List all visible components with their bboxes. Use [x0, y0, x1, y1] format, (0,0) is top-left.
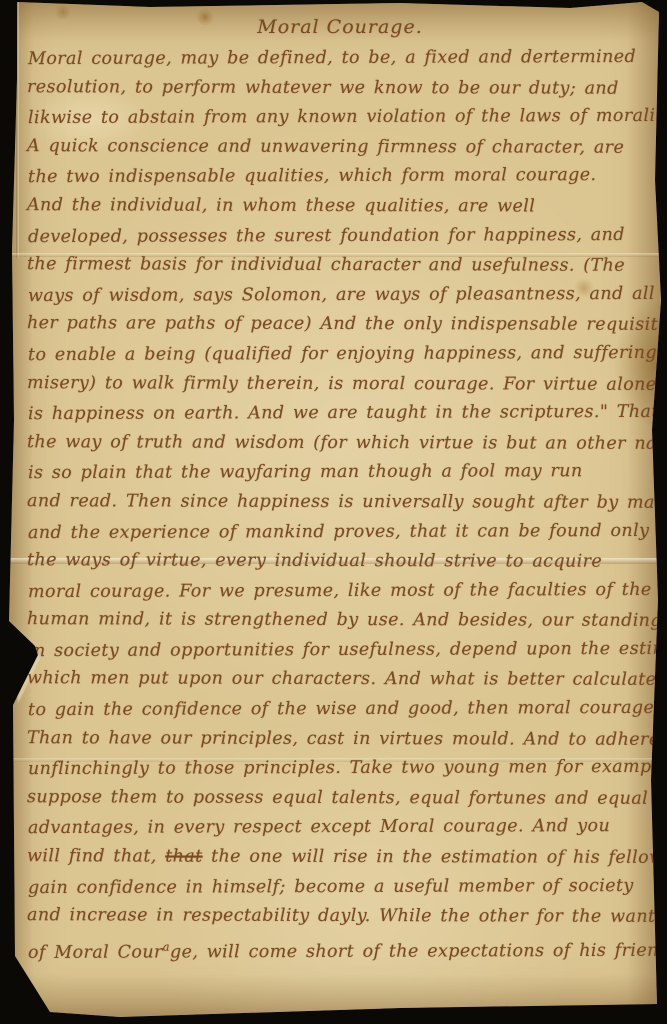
manuscript-line: unflinchingly to those principles. Take …: [28, 753, 654, 785]
manuscript-line: in society and opportunities for usefuln…: [28, 635, 654, 667]
manuscript-line: human mind, it is strengthened by use. A…: [27, 605, 653, 636]
manuscript-paper: Moral Courage. Moral courage, may be def…: [0, 0, 667, 1024]
handwritten-text: Moral Courage. Moral courage, may be def…: [27, 14, 653, 967]
vertical-fold-crease: [16, 0, 19, 258]
manuscript-line: and read. Then since happiness is univer…: [27, 487, 653, 518]
manuscript-line: And the individual, in whom these qualit…: [27, 191, 653, 222]
manuscript-line: her paths are paths of peace) And the on…: [27, 310, 653, 341]
manuscript-line: is so plain that the wayfaring man thoug…: [28, 457, 654, 489]
line-text: ge, will come short of the expectations …: [170, 940, 667, 962]
manuscript-line: developed, possesses the surest foundati…: [28, 220, 654, 252]
manuscript-line-with-strikethrough: will find that, that the one will rise i…: [27, 842, 653, 873]
manuscript-line: the firmest basis for individual charact…: [27, 250, 653, 281]
manuscript-line: resolution, to perform whatever we know …: [27, 73, 653, 104]
manuscript-line: misery) to walk firmly therein, is moral…: [27, 369, 653, 400]
manuscript-line: Moral courage, may be defined, to be, a …: [28, 43, 654, 75]
inserted-letter: a: [163, 939, 170, 953]
manuscript-line: A quick conscience and unwavering firmne…: [27, 132, 653, 163]
manuscript-line: the ways of virtue, every individual sho…: [27, 546, 653, 577]
manuscript-line: and the experience of mankind proves, th…: [28, 516, 654, 548]
manuscript-line: ways of wisdom, says Solomon, are ways o…: [28, 280, 654, 312]
manuscript-line: the two indispensable qualities, which f…: [28, 161, 654, 193]
manuscript-line: the way of truth and wisdom (for which v…: [27, 428, 653, 459]
line-text: of Moral Cour: [28, 942, 163, 962]
manuscript-line: suppose them to possess equal talents, e…: [27, 783, 653, 814]
struck-word: that: [165, 847, 202, 867]
manuscript-line-with-insertion: of Moral Courage, will come short of the…: [28, 931, 654, 969]
manuscript-line: to enable a being (qualified for enjoyin…: [28, 339, 654, 371]
manuscript-line: moral courage. For we presume, like most…: [28, 576, 654, 608]
photo-stage: Moral Courage. Moral courage, may be def…: [0, 0, 667, 1024]
manuscript-line: advantages, in every respect except Mora…: [28, 812, 654, 844]
manuscript-line: likwise to abstain from any known violat…: [28, 102, 654, 134]
manuscript-line: gain confidence in himself; become a use…: [28, 872, 654, 904]
manuscript-line: to gain the confidence of the wise and g…: [28, 694, 654, 726]
manuscript-line: which men put upon our characters. And w…: [27, 665, 653, 696]
document-title: Moral Courage.: [27, 14, 653, 40]
manuscript-line: is happiness on earth. And we are taught…: [28, 398, 654, 430]
line-text: will find that,: [27, 846, 165, 866]
line-text: the one will rise in the estimation of h…: [203, 847, 667, 868]
manuscript-line: and increase in respectability dayly. Wh…: [27, 901, 653, 932]
manuscript-line: Than to have our principles, cast in vir…: [27, 724, 653, 755]
